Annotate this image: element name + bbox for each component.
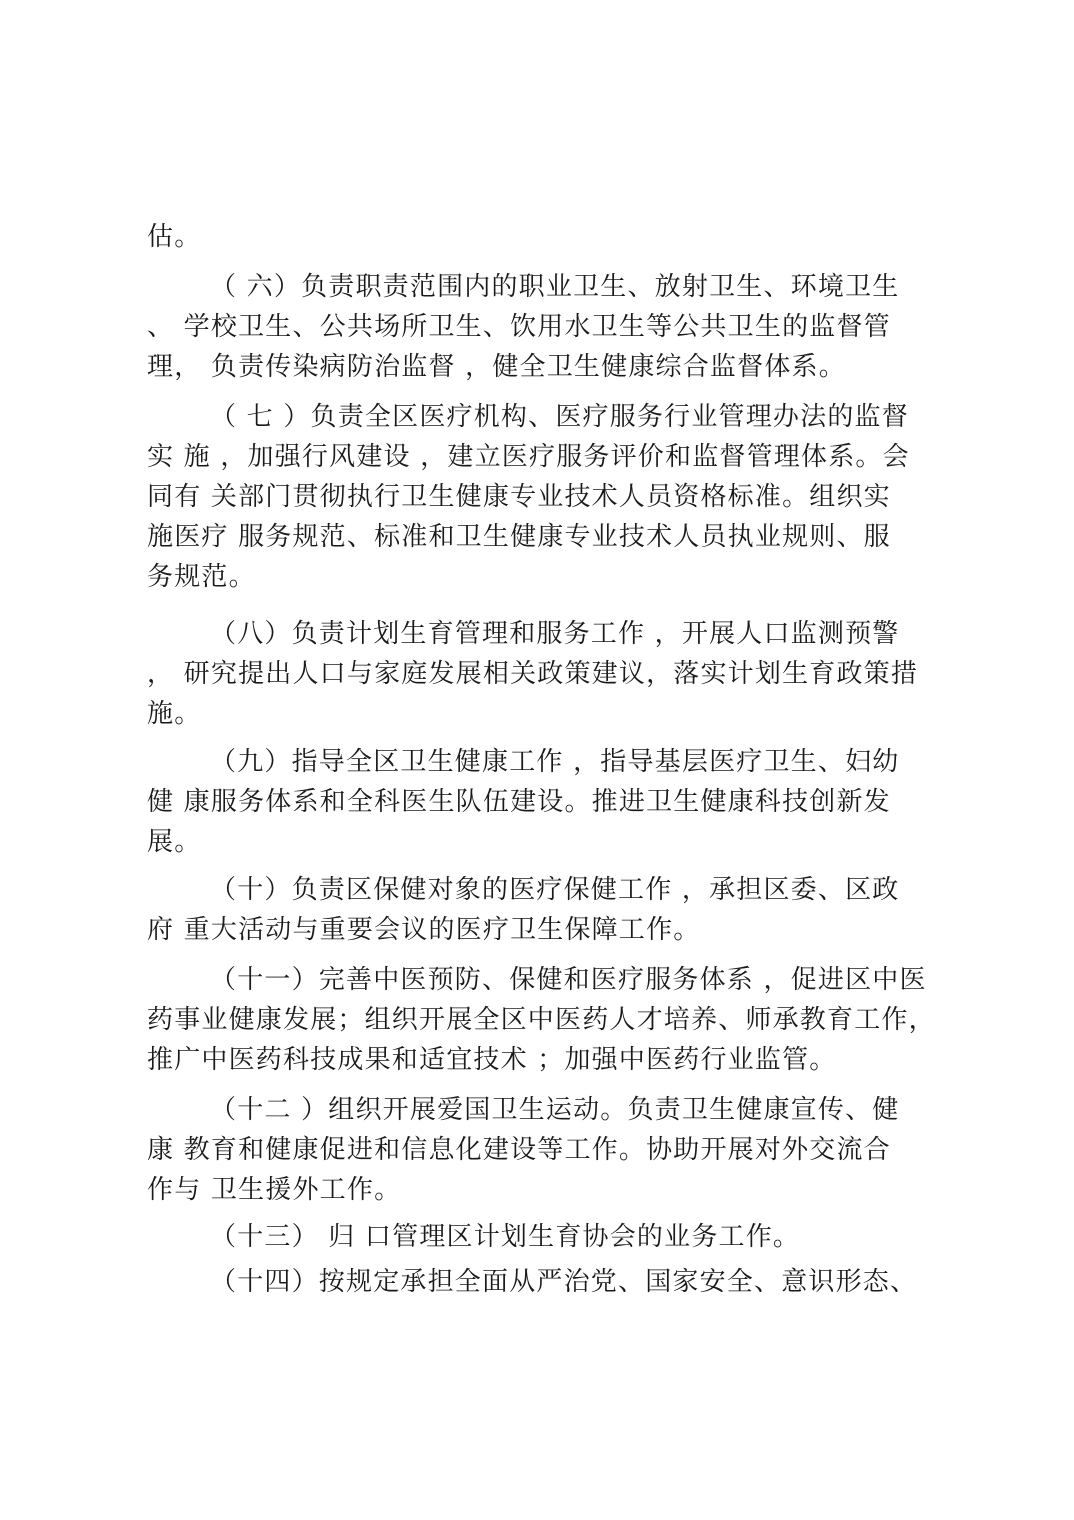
paragraph-7-line-3: 同有 关部门贯彻执行卫生健康专业技术人员资格标准。组织实 [147,482,891,512]
paragraph-14-line-1: （十四）按规定承担全面从严治党、国家安全、意识形态、 [210,1267,917,1297]
paragraph-9-line-3: 展。 [147,827,201,857]
paragraph-10-line-1: （十）负责区保健对象的医疗保健工作 ，承担区委、区政 [210,875,899,905]
paragraph-12-line-3: 作与 卫生援外工作。 [147,1175,401,1205]
paragraph-6-line-1: （ 六）负责职责范围内的职业卫生、放射卫生、环境卫生 [210,272,899,302]
paragraph-7-line-4: 施医疗 服务规范、标准和卫生健康专业技术人员执业规则、服 [147,522,891,552]
text-line-continuation: 估。 [147,222,201,252]
paragraph-8-line-1: （八）负责计划生育管理和服务工作 ，开展人口监测预警 [210,619,899,649]
paragraph-6-line-3: 理， 负责传染病防治监督 ，健全卫生健康综合监督体系。 [147,352,846,382]
paragraph-12-line-2: 康 教育和健康促进和信息化建设等工作。协助开展对外交流合 [147,1135,891,1165]
paragraph-9-line-2: 健 康服务体系和全科医生队伍建设。推进卫生健康科技创新发 [147,787,891,817]
paragraph-7-line-2: 实 施 ，加强行风建设 ，建立医疗服务评价和监督管理体系。会 [147,442,910,472]
paragraph-7-line-5: 务规范。 [147,562,256,592]
paragraph-11-line-1: （十一）完善中医预防、保健和医疗服务体系 ，促进区中医 [210,965,927,995]
paragraph-10-line-2: 府 重大活动与重要会议的医疗卫生保障工作。 [147,915,700,945]
paragraph-8-line-2: ， 研究提出人口与家庭发展相关政策建议，落实计划生育政策措 [147,659,918,689]
paragraph-12-line-1: （十二 ）组织开展爱国卫生运动。负责卫生健康宣传、健 [210,1095,899,1125]
paragraph-11-line-3: 推广中医药科技成果和适宜技术 ；加强中医药行业监管。 [147,1045,836,1075]
paragraph-13-line-1: （十三） 归 口管理区计划生育协会的业务工作。 [210,1222,800,1252]
document-page: 估。 （ 六）负责职责范围内的职业卫生、放射卫生、环境卫生 、 学校卫生、公共场… [0,0,1074,1520]
paragraph-11-line-2: 药事业健康发展；组织开展全区中医药人才培养、师承教育工作， [147,1005,936,1035]
paragraph-9-line-1: （九）指导全区卫生健康工作 ，指导基层医疗卫生、妇幼 [210,747,899,777]
paragraph-8-line-3: 施。 [147,699,201,729]
paragraph-7-line-1: （ 七 ）负责全区医疗机构、医疗服务行业管理办法的监督 [210,402,909,432]
paragraph-6-line-2: 、 学校卫生、公共场所卫生、饮用水卫生等公共卫生的监督管 [147,312,891,342]
